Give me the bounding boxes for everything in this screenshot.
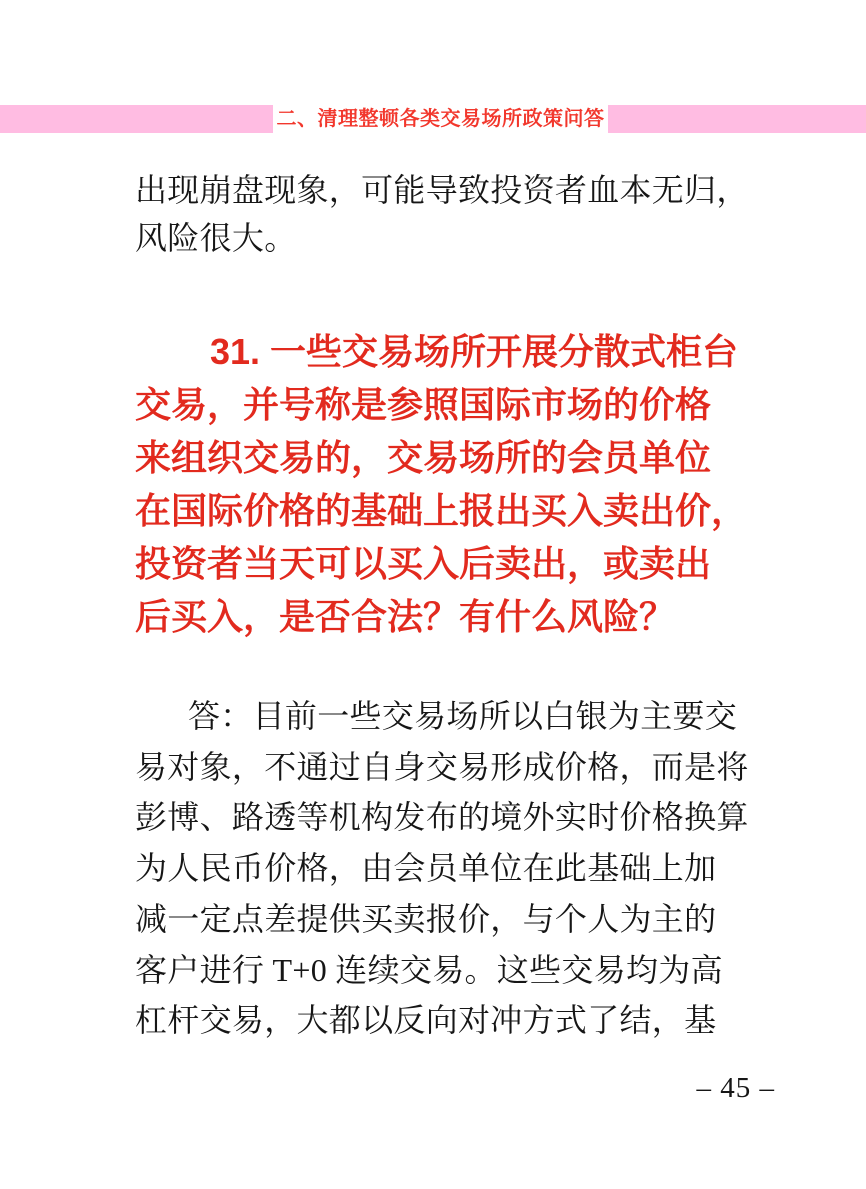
answer-line: 易对象，不通过自身交易形成价格，而是将 bbox=[135, 742, 753, 793]
header-band-right bbox=[608, 105, 866, 133]
answer-paragraph: 答：目前一些交易场所以白银为主要交 易对象，不通过自身交易形成价格，而是将 彭博… bbox=[135, 691, 753, 1046]
chapter-header: 二、清理整顿各类交易场所政策问答 bbox=[0, 105, 866, 133]
question-line: 来组织交易的，交易场所的会员单位 bbox=[135, 431, 753, 484]
intro-line: 出现崩盘现象，可能导致投资者血本无归， bbox=[135, 166, 753, 214]
question-31-paragraph: 31. 一些交易场所开展分散式柜台 交易，并号称是参照国际市场的价格 来组织交易… bbox=[135, 325, 753, 643]
header-band-left bbox=[0, 105, 273, 133]
answer-line: 减一定点差提供买卖报价，与个人为主的 bbox=[135, 894, 753, 945]
answer-line: 彭博、路透等机构发布的境外实时价格换算 bbox=[135, 792, 753, 843]
chapter-title: 二、清理整顿各类交易场所政策问答 bbox=[273, 105, 608, 133]
answer-line: 答：目前一些交易场所以白银为主要交 bbox=[135, 691, 753, 742]
answer-line: 杠杆交易，大都以反向对冲方式了结，基 bbox=[135, 995, 753, 1046]
question-line: 交易，并号称是参照国际市场的价格 bbox=[135, 378, 753, 431]
question-line: 后买入，是否合法？有什么风险？ bbox=[135, 590, 753, 643]
intro-line: 风险很大。 bbox=[135, 214, 753, 262]
intro-paragraph: 出现崩盘现象，可能导致投资者血本无归， 风险很大。 bbox=[135, 166, 753, 262]
answer-line: 为人民币价格，由会员单位在此基础上加 bbox=[135, 843, 753, 894]
question-line: 投资者当天可以买入后卖出，或卖出 bbox=[135, 537, 753, 590]
answer-line: 客户进行 T+0 连续交易。这些交易均为高 bbox=[135, 945, 753, 996]
book-page: 二、清理整顿各类交易场所政策问答 出现崩盘现象，可能导致投资者血本无归， 风险很… bbox=[0, 0, 866, 1189]
question-line: 31. 一些交易场所开展分散式柜台 bbox=[135, 325, 753, 378]
question-line: 在国际价格的基础上报出买入卖出价， bbox=[135, 484, 753, 537]
page-number: – 45 – bbox=[135, 1072, 775, 1104]
